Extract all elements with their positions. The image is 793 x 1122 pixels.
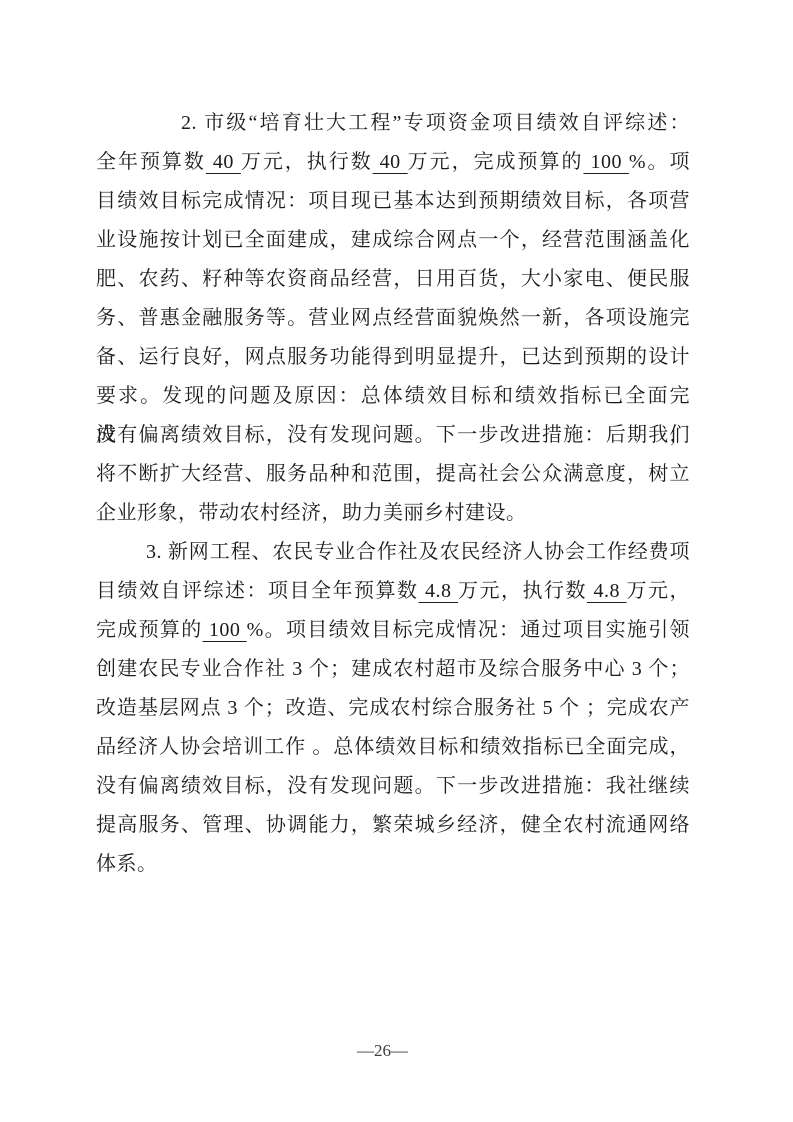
text-line: 肥、农药、籽种等农资商品经营，日用百货，大小家电、便民服 xyxy=(96,260,690,299)
text-run: 万元， xyxy=(627,580,691,602)
text-line: 体系。 xyxy=(96,845,690,884)
text-run: 目绩效自评综述：项目全年预算数 xyxy=(96,580,419,602)
text-run: 3. 新网工程、农民专业合作社及农民经济人协会工作经费项 xyxy=(146,541,690,563)
paragraph: 2. 市级“培育壮大工程”专项资金项目绩效自评综述：全年预算数 40 万元，执行… xyxy=(96,104,690,533)
text-run: 备、运行良好，网点服务功能得到明显提升，已达到预期的设计 xyxy=(96,346,690,368)
text-line: 创建农民专业合作社 3 个；建成农村超市及综合服务中心 3 个； xyxy=(96,650,690,689)
text-run: %。项 xyxy=(629,151,690,173)
text-run: 体系。 xyxy=(96,853,158,875)
text-run: 万元，执行数 xyxy=(241,151,373,173)
text-line: 全年预算数 40 万元，执行数 40 万元，完成预算的 100 %。项 xyxy=(96,143,690,182)
text-line: 务、普惠金融服务等。营业网点经营面貌焕然一新，各项设施完 xyxy=(96,299,690,338)
text-line: 没有偏离绩效目标，没有发现问题。下一步改进措施：我社继续 xyxy=(96,767,690,806)
text-line: 品经济人协会培训工作 。总体绩效目标和绩效指标已全面完成， xyxy=(96,728,690,767)
text-run: 没有偏离绩效目标，没有发现问题。下一步改进措施：后期我们 xyxy=(96,424,690,446)
text-line: 要求。发现的问题及原因：总体绩效目标和绩效指标已全面完成， xyxy=(96,377,690,416)
underlined-value: 100 xyxy=(583,151,628,173)
text-line: 将不断扩大经营、服务品种和范围，提高社会公众满意度，树立 xyxy=(96,455,690,494)
text-line: 提高服务、管理、协调能力，繁荣城乡经济，健全农村流通网络 xyxy=(96,806,690,845)
paragraph: 3. 新网工程、农民专业合作社及农民经济人协会工作经费项目绩效自评综述：项目全年… xyxy=(96,533,690,884)
text-run: 企业形象，带动农村经济，助力美丽乡村建设。 xyxy=(96,502,527,524)
underlined-value: 40 xyxy=(373,151,408,173)
text-run: 业设施按计划已全面建成，建成综合网点一个，经营范围涵盖化 xyxy=(96,229,690,251)
text-run: 改造基层网点 3 个；改造、完成农村综合服务社 5 个 ；完成农产 xyxy=(96,697,690,719)
text-run: 品经济人协会培训工作 。总体绩效目标和绩效指标已全面完成， xyxy=(96,736,690,758)
text-line: 企业形象，带动农村经济，助力美丽乡村建设。 xyxy=(96,494,690,533)
text-run: 没有偏离绩效目标，没有发现问题。下一步改进措施：我社继续 xyxy=(96,775,690,797)
text-line: 2. 市级“培育壮大工程”专项资金项目绩效自评综述： xyxy=(96,104,690,143)
text-run: 肥、农药、籽种等农资商品经营，日用百货，大小家电、便民服 xyxy=(96,268,690,290)
text-run: 2. 市级“培育壮大工程”专项资金项目绩效自评综述： xyxy=(181,112,690,134)
text-line: 业设施按计划已全面建成，建成综合网点一个，经营范围涵盖化 xyxy=(96,221,690,260)
text-run: 提高服务、管理、协调能力，繁荣城乡经济，健全农村流通网络 xyxy=(96,814,690,836)
text-line: 目绩效自评综述：项目全年预算数 4.8 万元，执行数 4.8 万元， xyxy=(96,572,690,611)
text-line: 完成预算的 100 %。项目绩效目标完成情况：通过项目实施引领 xyxy=(96,611,690,650)
text-run: 全年预算数 xyxy=(96,151,206,173)
document-body: 2. 市级“培育壮大工程”专项资金项目绩效自评综述：全年预算数 40 万元，执行… xyxy=(96,104,690,884)
text-run: 完成预算的 xyxy=(96,619,203,641)
text-line: 目绩效目标完成情况：项目现已基本达到预期绩效目标，各项营 xyxy=(96,182,690,221)
text-run: %。项目绩效目标完成情况：通过项目实施引领 xyxy=(247,619,690,641)
underlined-value: 4.8 xyxy=(419,580,459,602)
text-line: 没有偏离绩效目标，没有发现问题。下一步改进措施：后期我们 xyxy=(96,416,690,455)
text-line: 改造基层网点 3 个；改造、完成农村综合服务社 5 个 ；完成农产 xyxy=(96,689,690,728)
underlined-value: 100 xyxy=(203,619,247,641)
text-run: 务、普惠金融服务等。营业网点经营面貌焕然一新，各项设施完 xyxy=(96,307,690,329)
text-run: 万元，完成预算的 xyxy=(408,151,584,173)
text-run: 将不断扩大经营、服务品种和范围，提高社会公众满意度，树立 xyxy=(96,463,690,485)
text-line: 3. 新网工程、农民专业合作社及农民经济人协会工作经费项 xyxy=(96,533,690,572)
text-run: 创建农民专业合作社 3 个；建成农村超市及综合服务中心 3 个； xyxy=(96,658,690,680)
page-number: —26— xyxy=(0,1040,779,1062)
underlined-value: 4.8 xyxy=(587,580,627,602)
document-page: 2. 市级“培育壮大工程”专项资金项目绩效自评综述：全年预算数 40 万元，执行… xyxy=(0,0,793,1122)
text-run: 万元，执行数 xyxy=(458,580,587,602)
text-line: 备、运行良好，网点服务功能得到明显提升，已达到预期的设计 xyxy=(96,338,690,377)
text-run: 目绩效目标完成情况：项目现已基本达到预期绩效目标，各项营 xyxy=(96,190,690,212)
underlined-value: 40 xyxy=(206,151,241,173)
